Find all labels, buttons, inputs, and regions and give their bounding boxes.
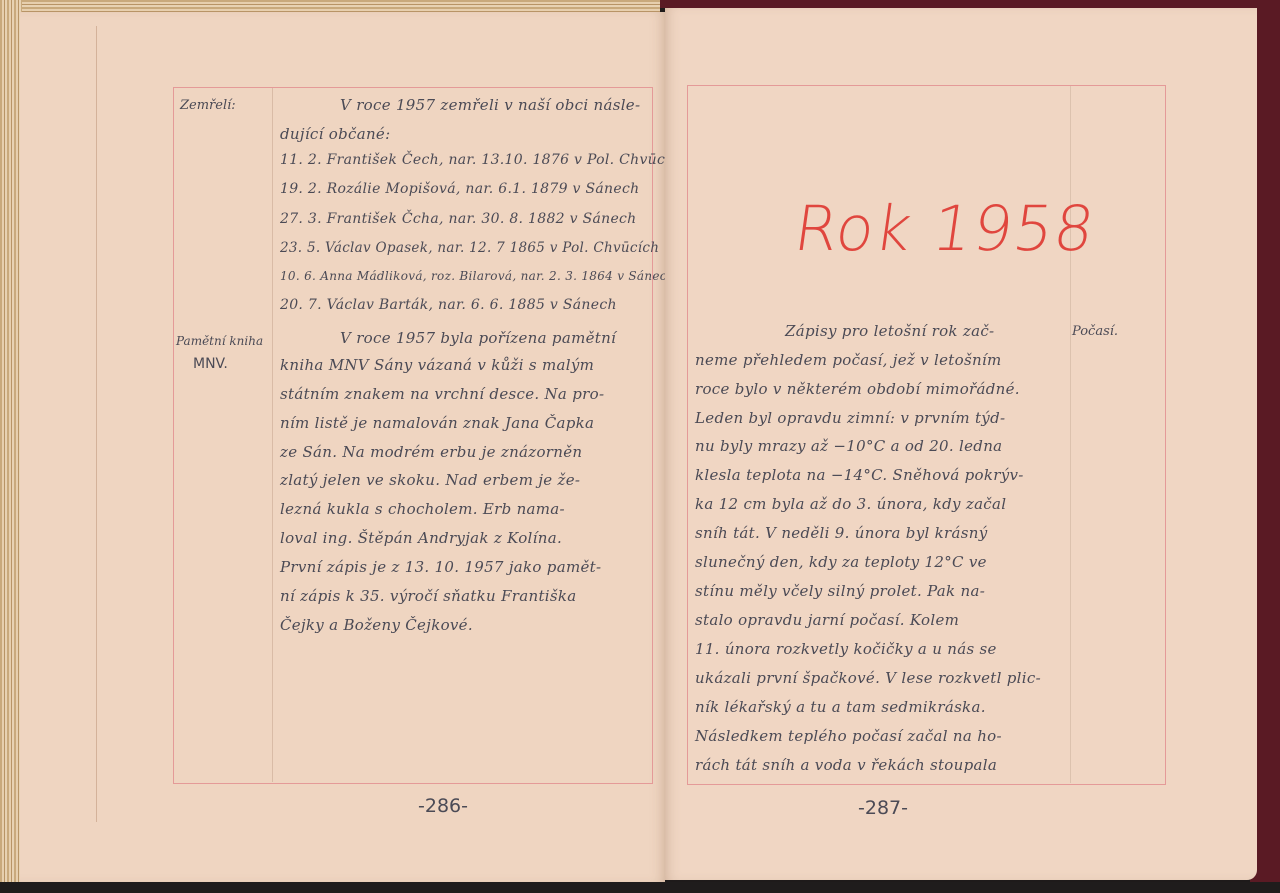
page-number-left: -286- (418, 795, 468, 817)
weather-line: nu byly mrazy až −10°C a od 20. ledna (695, 437, 1002, 455)
memorial-line: lezná kukla s chocholem. Erb nama- (280, 500, 565, 518)
memorial-line: ním listě je namalován znak Jana Čapka (280, 414, 594, 432)
deaths-line: 27. 3. František Čcha, nar. 30. 8. 1882 … (280, 211, 637, 227)
year-title: Rok 1958 (790, 192, 1100, 265)
memorial-line: ze Sán. Na modrém erbu je znázorněn (280, 443, 582, 461)
weather-line: rách tát sníh a voda v řekách stoupala (695, 756, 997, 774)
margin-label-mnv: MNV. (193, 356, 228, 372)
weather-line: stínu měly včely silný prolet. Pak na- (695, 582, 985, 600)
deaths-line: 23. 5. Václav Opasek, nar. 12. 7 1865 v … (280, 240, 659, 256)
deaths-line: V roce 1957 zemřeli v naší obci násle- (340, 96, 640, 114)
book-bottom-edge (0, 882, 1280, 893)
memorial-line: státním znakem na vrchní desce. Na pro- (280, 385, 604, 403)
weather-line: Zápisy pro letošní rok zač- (785, 322, 994, 340)
margin-label-weather: Počasí. (1072, 324, 1118, 339)
weather-line: ka 12 cm byla až do 3. února, kdy začal (695, 495, 1006, 513)
weather-line: roce bylo v některém období mimořádné. (695, 380, 1020, 398)
weather-line: Leden byl opravdu zimní: v prvním týd- (695, 409, 1005, 427)
deaths-line: 11. 2. František Čech, nar. 13.10. 1876 … (280, 152, 687, 168)
weather-line: ukázali první špačkové. V lese rozkvetl … (695, 669, 1041, 687)
page-stack-left (0, 0, 22, 882)
book-cover-top (650, 0, 1280, 8)
left-column-divider (272, 88, 273, 782)
memorial-line: loval ing. Štěpán Andryjak z Kolína. (280, 529, 562, 547)
memorial-line: ní zápis k 35. výročí sňatku Františka (280, 587, 577, 605)
weather-line: sníh tát. V neděli 9. února byl krásný (695, 524, 988, 542)
weather-line: slunečný den, kdy za teploty 12°C ve (695, 553, 987, 571)
page-number-right: -287- (858, 797, 908, 819)
memorial-line: První zápis je z 13. 10. 1957 jako pamět… (280, 558, 601, 576)
deaths-line: 20. 7. Václav Barták, nar. 6. 6. 1885 v … (280, 297, 617, 313)
book-spread: Zemřelí: V roce 1957 zemřeli v naší obci… (0, 0, 1280, 893)
margin-label-deaths: Zemřelí: (180, 98, 236, 113)
weather-line: 11. února rozkvetly kočičky a u nás se (695, 640, 997, 658)
memorial-line: kniha MNV Sány vázaná v kůži s malým (280, 356, 594, 374)
weather-line: neme přehledem počasí, jež v letošním (695, 351, 1002, 369)
weather-line: ník lékařský a tu a tam sedmikráska. (695, 698, 986, 716)
right-column-divider (1070, 86, 1071, 783)
memorial-line: Čejky a Boženy Čejkové. (280, 616, 473, 634)
memorial-line: zlatý jelen ve skoku. Nad erbem je že- (280, 471, 580, 489)
deaths-line: 10. 6. Anna Mádliková, roz. Bilarová, na… (280, 269, 675, 283)
left-page-margin-line (96, 26, 97, 822)
memorial-line: V roce 1957 byla pořízena pamětní (340, 329, 616, 347)
weather-line: stalo opravdu jarní počasí. Kolem (695, 611, 959, 629)
margin-label-memorial-book: Pamětní kniha (176, 334, 263, 348)
weather-line: klesla teplota na −14°C. Sněhová pokrýv- (695, 466, 1024, 484)
weather-line: Následkem teplého počasí začal na ho- (695, 727, 1002, 745)
deaths-line: 19. 2. Rozálie Mopišová, nar. 6.1. 1879 … (280, 181, 639, 197)
deaths-line: dující občané: (280, 125, 390, 143)
